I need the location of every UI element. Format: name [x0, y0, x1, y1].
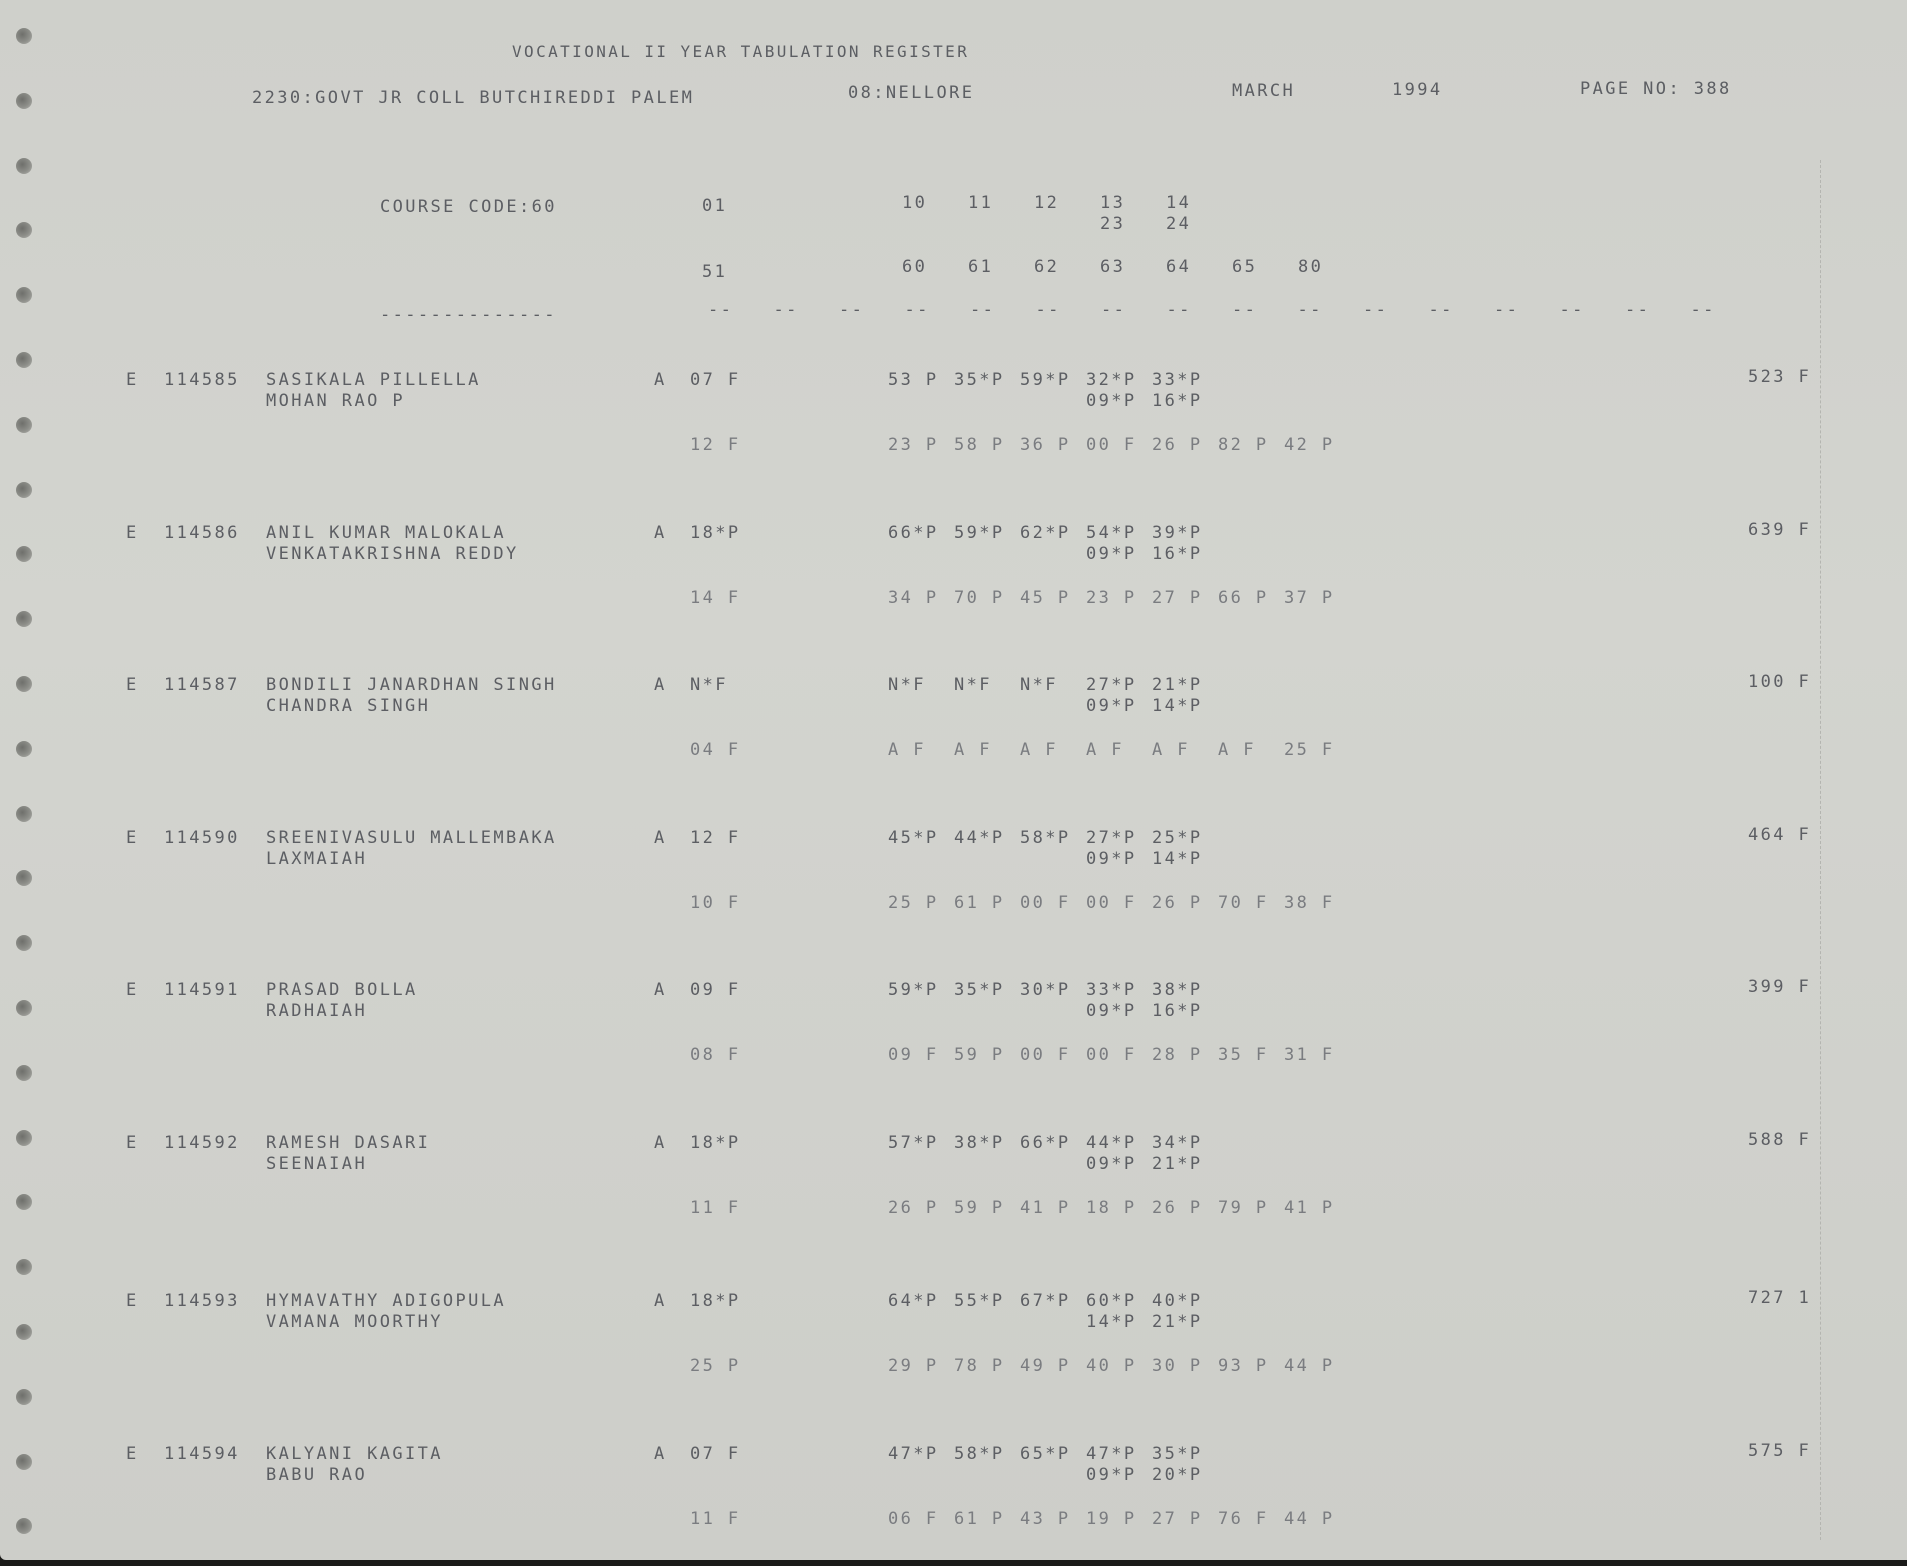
subject-mark: 58 P: [954, 435, 1005, 455]
student-name: SREENIVASULU MALLEMBAKA: [266, 828, 557, 848]
father-name: RADHAIAH: [266, 1001, 367, 1021]
feed-hole: [16, 546, 32, 562]
category: A: [654, 1444, 667, 1464]
subject-mark: 21*P: [1152, 675, 1203, 695]
subject-mark: 28 P: [1152, 1045, 1203, 1065]
exam-type: E: [126, 828, 139, 848]
subject-mark: 30 P: [1152, 1356, 1203, 1376]
subject-mark: 47*P: [888, 1444, 939, 1464]
subject-mark: 27 P: [1152, 588, 1203, 608]
subject-mark: 76 F: [1218, 1509, 1269, 1529]
column-rule: --: [970, 300, 995, 320]
perforation-line: [1820, 160, 1822, 1540]
subject-mark: 59 P: [954, 1198, 1005, 1218]
subject-mark: 35*P: [954, 980, 1005, 1000]
feed-hole: [16, 1065, 32, 1081]
feed-hole: [16, 482, 32, 498]
subject-mark: A F: [888, 740, 926, 760]
subject-code: 62: [1034, 257, 1059, 277]
subject-mark: 58*P: [954, 1444, 1005, 1464]
first-year-mark: 07 F: [690, 1444, 741, 1464]
subject-mark: 57*P: [888, 1133, 939, 1153]
column-rule: --: [1298, 300, 1323, 320]
subject-mark: 66*P: [888, 523, 939, 543]
subject-mark: 62*P: [1020, 523, 1071, 543]
total-result: 523 F: [1748, 367, 1811, 387]
father-name: LAXMAIAH: [266, 849, 367, 869]
feed-hole: [16, 222, 32, 238]
subject-mark: 82 P: [1218, 435, 1269, 455]
father-name: VAMANA MOORTHY: [266, 1312, 443, 1332]
practical-mark: 09*P: [1086, 544, 1137, 564]
subject-code: 51: [702, 262, 727, 282]
feed-hole: [16, 1324, 32, 1340]
practical-mark: 09*P: [1086, 391, 1137, 411]
subject-mark: N*F: [1020, 675, 1058, 695]
subject-mark: 65*P: [1020, 1444, 1071, 1464]
subject-mark: 25 P: [888, 893, 939, 913]
category: A: [654, 675, 667, 695]
subject-mark: 59*P: [954, 523, 1005, 543]
subject-code: 23: [1100, 214, 1125, 234]
subject-mark: A F: [954, 740, 992, 760]
column-rule: --: [774, 300, 799, 320]
subject-mark: 44*P: [954, 828, 1005, 848]
subject-mark: 40 P: [1086, 1356, 1137, 1376]
roll-number: 114592: [164, 1133, 240, 1153]
student-name: ANIL KUMAR MALOKALA: [266, 523, 506, 543]
subject-mark: 09 F: [888, 1045, 939, 1065]
feed-hole: [16, 28, 32, 44]
page-number: PAGE NO: 388: [1580, 79, 1732, 99]
category: A: [654, 370, 667, 390]
subject-mark: 27 P: [1152, 1509, 1203, 1529]
subject-mark: 93 P: [1218, 1356, 1269, 1376]
subject-mark: 25 F: [1284, 740, 1335, 760]
subject-code: 60: [902, 257, 927, 277]
subject-mark: 00 F: [1020, 1045, 1071, 1065]
subject-mark: 49 P: [1020, 1356, 1071, 1376]
subject-mark: 26 P: [1152, 435, 1203, 455]
total-result: 588 F: [1748, 1130, 1811, 1150]
total-result: 575 F: [1748, 1441, 1811, 1461]
column-rule: --: [1036, 300, 1061, 320]
practical-mark: 16*P: [1152, 391, 1203, 411]
subject-mark: 23 P: [1086, 588, 1137, 608]
subject-mark: 59 P: [954, 1045, 1005, 1065]
practical-mark: 14*P: [1152, 696, 1203, 716]
column-rule: --: [1363, 300, 1388, 320]
total-result: 100 F: [1748, 672, 1811, 692]
subject-mark: 06 F: [888, 1509, 939, 1529]
first-year-mark: N*F: [690, 675, 728, 695]
column-rule: --: [905, 300, 930, 320]
category: A: [654, 828, 667, 848]
second-year-mark: 25 P: [690, 1356, 741, 1376]
feed-hole: [16, 1518, 32, 1534]
exam-type: E: [126, 1133, 139, 1153]
student-name: SASIKALA PILLELLA: [266, 370, 481, 390]
column-rule: --: [708, 300, 733, 320]
subject-mark: 41 P: [1020, 1198, 1071, 1218]
column-rule: --: [1494, 300, 1519, 320]
roll-number: 114593: [164, 1291, 240, 1311]
register-title: VOCATIONAL II YEAR TABULATION REGISTER: [512, 42, 969, 62]
subject-code: 63: [1100, 257, 1125, 277]
feed-hole: [16, 287, 32, 303]
subject-mark: 27*P: [1086, 675, 1137, 695]
subject-mark: 00 F: [1086, 435, 1137, 455]
subject-code: 65: [1232, 257, 1257, 277]
second-year-mark: 11 F: [690, 1198, 741, 1218]
subject-mark: 38 F: [1284, 893, 1335, 913]
feed-hole: [16, 611, 32, 627]
subject-mark: 25*P: [1152, 828, 1203, 848]
feed-hole: [16, 935, 32, 951]
feed-hole: [16, 1454, 32, 1470]
father-name: CHANDRA SINGH: [266, 696, 430, 716]
subject-mark: 32*P: [1086, 370, 1137, 390]
column-rule: --: [1167, 300, 1192, 320]
second-year-mark: 14 F: [690, 588, 741, 608]
practical-mark: 09*P: [1086, 1001, 1137, 1021]
roll-number: 114590: [164, 828, 240, 848]
practical-mark: 21*P: [1152, 1312, 1203, 1332]
exam-type: E: [126, 980, 139, 1000]
subject-mark: 30*P: [1020, 980, 1071, 1000]
subject-mark: 34 P: [888, 588, 939, 608]
second-year-mark: 04 F: [690, 740, 741, 760]
subject-mark: 42 P: [1284, 435, 1335, 455]
feed-hole: [16, 93, 32, 109]
feed-hole: [16, 352, 32, 368]
first-year-mark: 07 F: [690, 370, 741, 390]
subject-code: 14: [1166, 193, 1191, 213]
practical-mark: 20*P: [1152, 1465, 1203, 1485]
category: A: [654, 980, 667, 1000]
category: A: [654, 1291, 667, 1311]
subject-mark: 79 P: [1218, 1198, 1269, 1218]
roll-number: 114591: [164, 980, 240, 1000]
practical-mark: 09*P: [1086, 696, 1137, 716]
subject-mark: 40*P: [1152, 1291, 1203, 1311]
subject-mark: 26 P: [1152, 1198, 1203, 1218]
category: A: [654, 1133, 667, 1153]
subject-code: 01: [702, 196, 727, 216]
feed-hole: [16, 741, 32, 757]
subject-code: 11: [968, 193, 993, 213]
subject-mark: 61 P: [954, 893, 1005, 913]
student-name: HYMAVATHY ADIGOPULA: [266, 1291, 506, 1311]
father-name: BABU RAO: [266, 1465, 367, 1485]
subject-mark: 66 P: [1218, 588, 1269, 608]
roll-number: 114594: [164, 1444, 240, 1464]
subject-mark: 41 P: [1284, 1198, 1335, 1218]
subject-mark: 78 P: [954, 1356, 1005, 1376]
subject-mark: 55*P: [954, 1291, 1005, 1311]
exam-type: E: [126, 523, 139, 543]
exam-year: 1994: [1392, 80, 1443, 100]
practical-mark: 16*P: [1152, 1001, 1203, 1021]
subject-mark: 00 F: [1086, 1045, 1137, 1065]
subject-mark: 27*P: [1086, 828, 1137, 848]
total-result: 464 F: [1748, 825, 1811, 845]
feed-hole: [16, 1000, 32, 1016]
column-rule: --: [1691, 300, 1716, 320]
feed-hole: [16, 1389, 32, 1405]
subject-mark: 33*P: [1152, 370, 1203, 390]
first-year-mark: 18*P: [690, 1291, 741, 1311]
feed-hole: [16, 1194, 32, 1210]
subject-mark: 54*P: [1086, 523, 1137, 543]
first-year-mark: 12 F: [690, 828, 741, 848]
practical-mark: 09*P: [1086, 1154, 1137, 1174]
subject-mark: 37 P: [1284, 588, 1335, 608]
column-rule: --: [1429, 300, 1454, 320]
subject-mark: 44*P: [1086, 1133, 1137, 1153]
exam-type: E: [126, 1291, 139, 1311]
subject-mark: 35*P: [1152, 1444, 1203, 1464]
practical-mark: 16*P: [1152, 544, 1203, 564]
subject-mark: 70 F: [1218, 893, 1269, 913]
subject-mark: 31 F: [1284, 1045, 1335, 1065]
subject-mark: A F: [1086, 740, 1124, 760]
subject-mark: 59*P: [888, 980, 939, 1000]
second-year-mark: 08 F: [690, 1045, 741, 1065]
exam-month: MARCH: [1232, 81, 1295, 101]
tractor-feed-holes: [16, 20, 40, 1540]
practical-mark: 14*P: [1152, 849, 1203, 869]
practical-mark: 14*P: [1086, 1312, 1137, 1332]
subject-mark: N*F: [954, 675, 992, 695]
exam-type: E: [126, 675, 139, 695]
student-name: BONDILI JANARDHAN SINGH: [266, 675, 557, 695]
column-rule: --: [839, 300, 864, 320]
subject-mark: 61 P: [954, 1509, 1005, 1529]
subject-mark: 59*P: [1020, 370, 1071, 390]
student-name: RAMESH DASARI: [266, 1133, 430, 1153]
total-result: 639 F: [1748, 520, 1811, 540]
feed-hole: [16, 1259, 32, 1275]
roll-number: 114585: [164, 370, 240, 390]
subject-mark: 34*P: [1152, 1133, 1203, 1153]
subject-mark: 58*P: [1020, 828, 1071, 848]
course-code: COURSE CODE:60: [380, 197, 557, 217]
subject-mark: 35*P: [954, 370, 1005, 390]
district: 08:NELLORE: [848, 83, 974, 103]
subject-mark: 44 P: [1284, 1509, 1335, 1529]
father-name: VENKATAKRISHNA REDDY: [266, 544, 519, 564]
subject-code: 12: [1034, 193, 1059, 213]
feed-hole: [16, 158, 32, 174]
subject-mark: 19 P: [1086, 1509, 1137, 1529]
subject-code: 61: [968, 257, 993, 277]
total-result: 399 F: [1748, 977, 1811, 997]
subject-mark: 66*P: [1020, 1133, 1071, 1153]
exam-type: E: [126, 370, 139, 390]
subject-mark: 45 P: [1020, 588, 1071, 608]
subject-mark: 29 P: [888, 1356, 939, 1376]
subject-mark: A F: [1218, 740, 1256, 760]
second-year-mark: 10 F: [690, 893, 741, 913]
subject-mark: 43 P: [1020, 1509, 1071, 1529]
column-rule: --: [1625, 300, 1650, 320]
subject-mark: 33*P: [1086, 980, 1137, 1000]
college-name: 2230:GOVT JR COLL BUTCHIREDDI PALEM: [252, 88, 694, 108]
subject-mark: 70 P: [954, 588, 1005, 608]
first-year-mark: 18*P: [690, 1133, 741, 1153]
student-name: KALYANI KAGITA: [266, 1444, 443, 1464]
roll-number: 114586: [164, 523, 240, 543]
subject-code: 10: [902, 193, 927, 213]
register-page: VOCATIONAL II YEAR TABULATION REGISTER 2…: [0, 0, 1907, 1560]
subject-mark: 67*P: [1020, 1291, 1071, 1311]
subject-mark: A F: [1020, 740, 1058, 760]
subject-mark: A F: [1152, 740, 1190, 760]
subject-mark: 00 F: [1086, 893, 1137, 913]
subject-mark: 39*P: [1152, 523, 1203, 543]
subject-code: 80: [1298, 257, 1323, 277]
subject-mark: 23 P: [888, 435, 939, 455]
name-column-rule: --------------: [380, 305, 557, 325]
feed-hole: [16, 870, 32, 886]
column-rule: --: [1560, 300, 1585, 320]
first-year-mark: 18*P: [690, 523, 741, 543]
father-name: SEENAIAH: [266, 1154, 367, 1174]
subject-mark: 38*P: [1152, 980, 1203, 1000]
exam-type: E: [126, 1444, 139, 1464]
column-rule: --: [1101, 300, 1126, 320]
subject-mark: 35 F: [1218, 1045, 1269, 1065]
practical-mark: 21*P: [1152, 1154, 1203, 1174]
subject-mark: 45*P: [888, 828, 939, 848]
subject-mark: 44 P: [1284, 1356, 1335, 1376]
first-year-mark: 09 F: [690, 980, 741, 1000]
subject-code: 24: [1166, 214, 1191, 234]
subject-mark: 18 P: [1086, 1198, 1137, 1218]
father-name: MOHAN RAO P: [266, 391, 405, 411]
practical-mark: 09*P: [1086, 1465, 1137, 1485]
subject-mark: N*F: [888, 675, 926, 695]
subject-mark: 47*P: [1086, 1444, 1137, 1464]
second-year-mark: 11 F: [690, 1509, 741, 1529]
practical-mark: 09*P: [1086, 849, 1137, 869]
total-result: 727 1: [1748, 1288, 1811, 1308]
student-name: PRASAD BOLLA: [266, 980, 418, 1000]
feed-hole: [16, 676, 32, 692]
column-rule: --: [1232, 300, 1257, 320]
feed-hole: [16, 417, 32, 433]
subject-mark: 26 P: [888, 1198, 939, 1218]
feed-hole: [16, 1130, 32, 1146]
subject-mark: 53 P: [888, 370, 939, 390]
feed-hole: [16, 806, 32, 822]
second-year-mark: 12 F: [690, 435, 741, 455]
subject-mark: 64*P: [888, 1291, 939, 1311]
subject-code: 13: [1100, 193, 1125, 213]
subject-code: 64: [1166, 257, 1191, 277]
subject-mark: 60*P: [1086, 1291, 1137, 1311]
subject-mark: 00 F: [1020, 893, 1071, 913]
subject-mark: 38*P: [954, 1133, 1005, 1153]
category: A: [654, 523, 667, 543]
roll-number: 114587: [164, 675, 240, 695]
subject-mark: 26 P: [1152, 893, 1203, 913]
subject-mark: 36 P: [1020, 435, 1071, 455]
